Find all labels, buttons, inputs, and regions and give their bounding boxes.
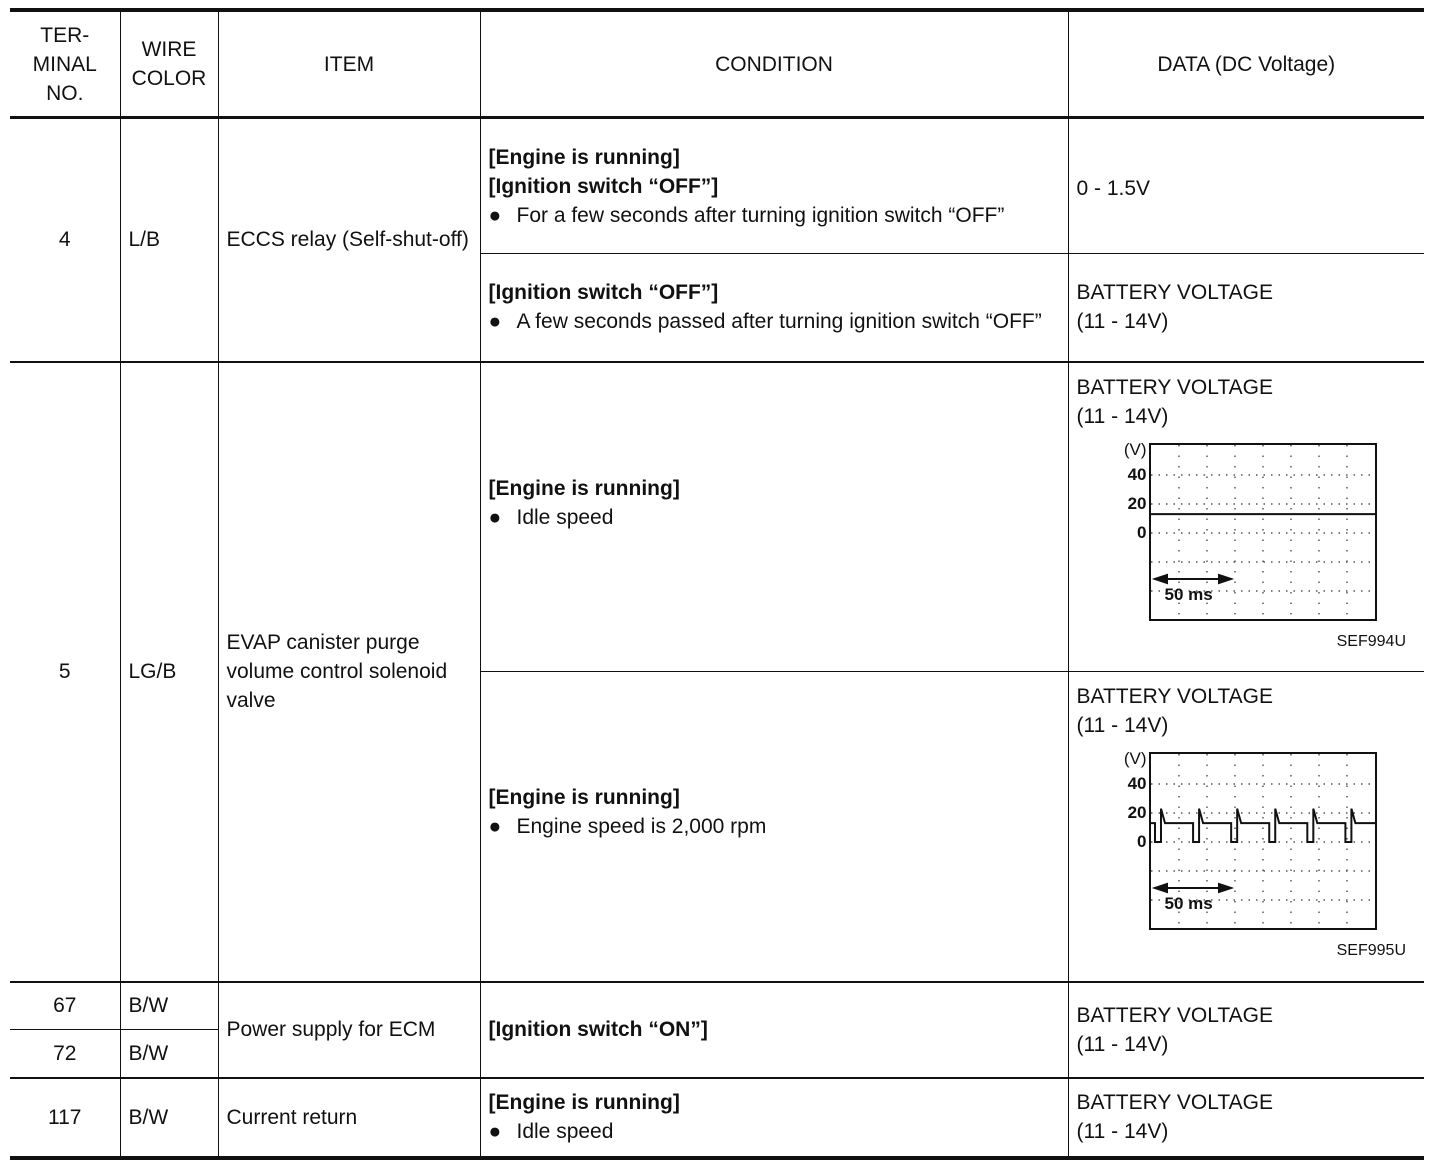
terminal-no: 67 — [10, 982, 120, 1030]
oscilloscope-screen: 50 ms — [1149, 443, 1377, 621]
condition-heading: [Ignition switch “ON”] — [489, 1015, 1060, 1044]
data-range: (11 - 14V) — [1077, 402, 1417, 431]
y-unit-label: (V) — [1113, 750, 1147, 767]
bullet-icon: ● — [489, 812, 517, 841]
header-item: ITEM — [218, 10, 480, 118]
condition-heading: [Engine is running] — [489, 783, 1060, 812]
data-range: (11 - 14V) — [1077, 307, 1417, 336]
bullet-icon: ● — [489, 1117, 517, 1146]
condition-bullet: ●Engine speed is 2,000 rpm — [489, 812, 1060, 841]
item-name: Current return — [218, 1078, 480, 1158]
condition-bullet: ●Idle speed — [489, 1117, 1060, 1146]
condition-bullet: ●A few seconds passed after turning igni… — [489, 307, 1060, 336]
data-range: (11 - 14V) — [1077, 1030, 1417, 1059]
header-condition: CONDITION — [480, 10, 1068, 118]
bullet-icon: ● — [489, 503, 517, 532]
y-unit-label: (V) — [1113, 441, 1147, 458]
data-value: BATTERY VOLTAGE — [1077, 278, 1417, 307]
header-data: DATA (DC Voltage) — [1068, 10, 1424, 118]
condition-cell: [Engine is running] ●Idle speed — [480, 362, 1068, 672]
condition-bullet: ●Idle speed — [489, 503, 1060, 532]
condition-heading: [Ignition switch “OFF”] — [489, 172, 1060, 201]
bullet-text: A few seconds passed after turning ignit… — [517, 307, 1042, 336]
terminal-no: 5 — [10, 362, 120, 982]
header-terminal-no: TER- MINAL NO. — [10, 10, 120, 118]
bullet-text: Idle speed — [517, 1117, 614, 1146]
condition-heading: [Ignition switch “OFF”] — [489, 278, 1060, 307]
item-name: Power supply for ECM — [218, 982, 480, 1078]
y-tick-label: 40 — [1113, 775, 1147, 792]
header-terminal-line2: MINAL — [18, 50, 112, 79]
header-terminal-line1: TER- — [18, 21, 112, 50]
condition-heading: [Engine is running] — [489, 143, 1060, 172]
condition-heading: [Engine is running] — [489, 1088, 1060, 1117]
bullet-text: Idle speed — [517, 503, 614, 532]
item-name: EVAP canister purge volume control solen… — [218, 362, 480, 982]
data-value: BATTERY VOLTAGE — [1077, 1001, 1417, 1030]
header-wire-color: WIRE COLOR — [120, 10, 218, 118]
oscilloscope-screen: 50 ms — [1149, 752, 1377, 930]
y-tick-label: 0 — [1113, 524, 1147, 541]
header-wire-line2: COLOR — [129, 64, 210, 93]
data-value: BATTERY VOLTAGE — [1077, 682, 1417, 711]
table-row: 5 LG/B EVAP canister purge volume contro… — [10, 362, 1424, 672]
y-tick-label: 20 — [1113, 495, 1147, 512]
oscilloscope-figure: 50 ms(V)40200SEF995U — [1077, 740, 1417, 965]
terminal-no: 117 — [10, 1078, 120, 1158]
wire-color: LG/B — [120, 362, 218, 982]
timebase-label: 50 ms — [1165, 889, 1213, 918]
bullet-text: Engine speed is 2,000 rpm — [517, 812, 767, 841]
y-tick-label: 0 — [1113, 833, 1147, 850]
figure-id: SEF995U — [1337, 936, 1406, 965]
data-cell: BATTERY VOLTAGE (11 - 14V) — [1068, 254, 1424, 362]
data-cell: BATTERY VOLTAGE (11 - 14V) — [1068, 982, 1424, 1078]
table-header-row: TER- MINAL NO. WIRE COLOR ITEM CONDITION… — [10, 10, 1424, 118]
timebase-label: 50 ms — [1165, 580, 1213, 609]
condition-cell: [Engine is running] ●Idle speed — [480, 1078, 1068, 1158]
y-tick-label: 40 — [1113, 466, 1147, 483]
condition-cell: [Ignition switch “ON”] — [480, 982, 1068, 1078]
condition-bullet: ●For a few seconds after turning ignitio… — [489, 201, 1060, 230]
data-range: (11 - 14V) — [1077, 711, 1417, 740]
data-cell: 0 - 1.5V — [1068, 118, 1424, 254]
table-row: 117 B/W Current return [Engine is runnin… — [10, 1078, 1424, 1158]
data-value: BATTERY VOLTAGE — [1077, 1088, 1417, 1117]
condition-cell: [Ignition switch “OFF”] ●A few seconds p… — [480, 254, 1068, 362]
data-cell: BATTERY VOLTAGE (11 - 14V) 50 ms(V)40200… — [1068, 362, 1424, 672]
terminal-no: 72 — [10, 1030, 120, 1078]
data-value: 0 - 1.5V — [1077, 174, 1417, 203]
header-wire-line1: WIRE — [129, 35, 210, 64]
wire-color: B/W — [120, 982, 218, 1030]
y-tick-label: 20 — [1113, 804, 1147, 821]
bullet-icon: ● — [489, 307, 517, 336]
condition-cell: [Engine is running] ●Engine speed is 2,0… — [480, 672, 1068, 982]
oscilloscope-figure: 50 ms(V)40200SEF994U — [1077, 431, 1417, 656]
wire-color: B/W — [120, 1030, 218, 1078]
data-value: BATTERY VOLTAGE — [1077, 373, 1417, 402]
condition-cell: [Engine is running] [Ignition switch “OF… — [480, 118, 1068, 254]
wire-color: L/B — [120, 118, 218, 362]
figure-id: SEF994U — [1337, 627, 1406, 656]
condition-heading: [Engine is running] — [489, 474, 1060, 503]
table-row: 67 B/W Power supply for ECM [Ignition sw… — [10, 982, 1424, 1030]
terminal-no: 4 — [10, 118, 120, 362]
wire-color: B/W — [120, 1078, 218, 1158]
bullet-icon: ● — [489, 201, 517, 230]
header-terminal-line3: NO. — [18, 79, 112, 108]
data-cell: BATTERY VOLTAGE (11 - 14V) 50 ms(V)40200… — [1068, 672, 1424, 982]
bullet-text: For a few seconds after turning ignition… — [517, 201, 1005, 230]
data-range: (11 - 14V) — [1077, 1117, 1417, 1146]
item-name: ECCS relay (Self-shut-off) — [218, 118, 480, 362]
data-cell: BATTERY VOLTAGE (11 - 14V) — [1068, 1078, 1424, 1158]
ecm-terminal-table: TER- MINAL NO. WIRE COLOR ITEM CONDITION… — [10, 8, 1424, 1160]
table-row: 4 L/B ECCS relay (Self-shut-off) [Engine… — [10, 118, 1424, 254]
